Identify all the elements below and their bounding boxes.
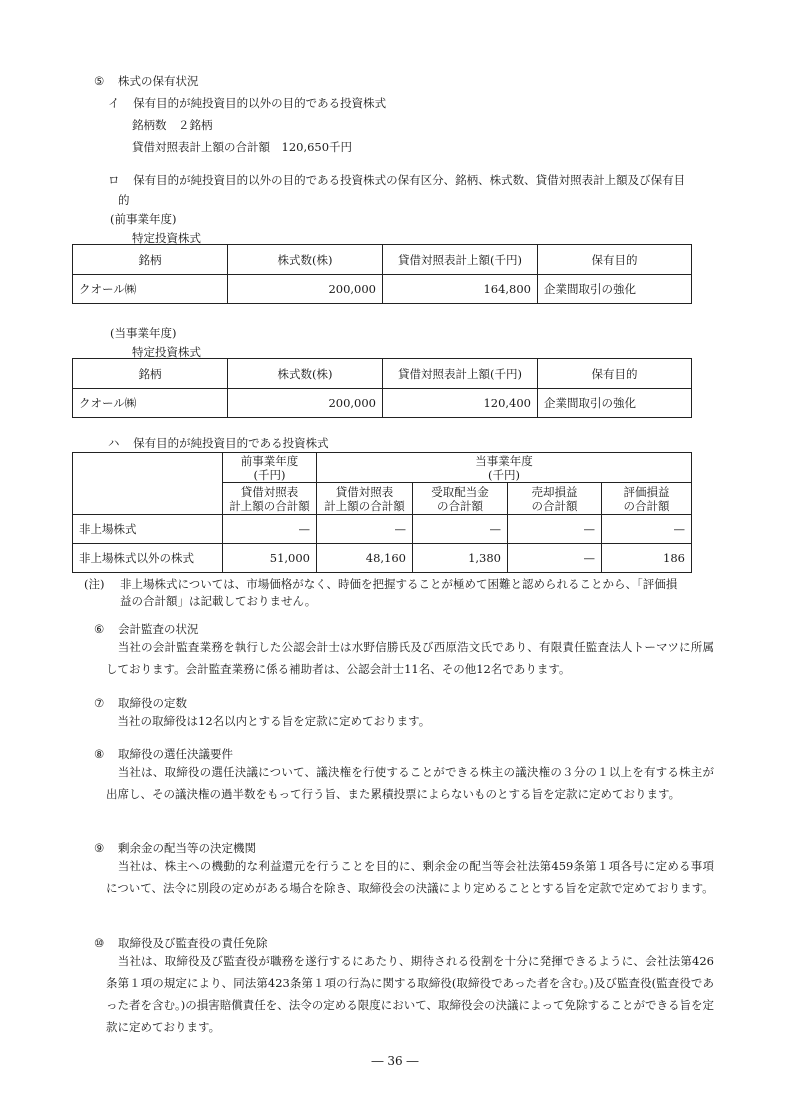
header-line: 受取配当金 bbox=[419, 485, 501, 499]
section-marker: ⑧ bbox=[94, 747, 104, 761]
prev-specified-holdings-table: 銘柄 株式数(株) 貸借対照表計上額(千円) 保有目的 クオール㈱ 200,00… bbox=[72, 244, 692, 304]
subsection-ro-heading: ロ 保有目的が純投資目的以外の目的である投資株式の保有区分、銘柄、株式数、貸借対… bbox=[108, 173, 685, 187]
row-label: 非上場株式 bbox=[73, 515, 223, 544]
holdings-count: 銘柄数 ２銘柄 bbox=[132, 118, 213, 132]
group-header-curr: 当事業年度 (千円) bbox=[317, 453, 692, 483]
header-line: 貸借対照表 bbox=[229, 485, 310, 499]
header-line: の合計額 bbox=[419, 499, 501, 513]
subheader: 貸借対照表計上額の合計額 bbox=[317, 483, 413, 515]
col-header: 貸借対照表計上額(千円) bbox=[383, 359, 538, 389]
section6-body: 当社の会計監査業務を執行した公認会計士は水野信勝氏及び西原浩文氏であり、有限責任… bbox=[106, 636, 714, 680]
section-title: 取締役の選任決議要件 bbox=[118, 747, 233, 761]
table-row: 非上場株式以外の株式 51,000 48,160 1,380 — 186 bbox=[73, 544, 692, 573]
subsection-title-cont: 的 bbox=[118, 193, 130, 207]
section9-body: 当社は、株主への機動的な利益還元を行うことを目的に、剰余金の配当等会社法第459… bbox=[106, 855, 714, 899]
subsection-title: 保有目的が純投資目的以外の目的である投資株式 bbox=[133, 96, 386, 110]
group-header-prev: 前事業年度 (千円) bbox=[223, 453, 317, 483]
subheader: 貸借対照表計上額の合計額 bbox=[223, 483, 317, 515]
curr-period-label: (当事業年度) bbox=[110, 326, 176, 340]
cell-shares: 200,000 bbox=[228, 275, 383, 304]
page-number: ― 36 ― bbox=[0, 1054, 790, 1068]
subsection-ha-heading: ハ 保有目的が純投資目的である投資株式 bbox=[108, 436, 329, 450]
col-header: 銘柄 bbox=[73, 359, 228, 389]
section-marker: ⑨ bbox=[94, 841, 104, 855]
subheader: 評価損益の合計額 bbox=[602, 483, 692, 515]
subheader: 受取配当金の合計額 bbox=[413, 483, 508, 515]
header-line: 評価損益 bbox=[608, 485, 685, 499]
header-line: 貸借対照表 bbox=[323, 485, 406, 499]
subsection-title: 保有目的が純投資目的以外の目的である投資株式の保有区分、銘柄、株式数、貸借対照表… bbox=[133, 173, 685, 187]
header-line: の合計額 bbox=[608, 499, 685, 513]
blank-corner-cell bbox=[73, 453, 223, 515]
section-title: 株式の保有状況 bbox=[118, 74, 199, 88]
cell-value: 51,000 bbox=[223, 544, 317, 573]
subsection-title: 保有目的が純投資目的である投資株式 bbox=[133, 436, 329, 450]
cell-amount: 164,800 bbox=[383, 275, 538, 304]
cell-value: 48,160 bbox=[317, 544, 413, 573]
cell-value: — bbox=[508, 515, 602, 544]
section-title: 剰余金の配当等の決定機関 bbox=[118, 841, 256, 855]
section7-body: 当社の取締役は12名以内とする旨を定款に定めております。 bbox=[106, 710, 714, 732]
header-line: の合計額 bbox=[514, 499, 595, 513]
curr-specified-holdings-table: 銘柄 株式数(株) 貸借対照表計上額(千円) 保有目的 クオール㈱ 200,00… bbox=[72, 358, 692, 418]
section5-heading: ⑤ 株式の保有状況 bbox=[94, 74, 198, 88]
cell-value: — bbox=[602, 515, 692, 544]
section-title: 取締役及び監査役の責任免除 bbox=[118, 936, 268, 950]
cell-name: クオール㈱ bbox=[73, 389, 228, 418]
cell-shares: 200,000 bbox=[228, 389, 383, 418]
section8-heading: ⑧ 取締役の選任決議要件 bbox=[94, 747, 233, 761]
cell-value: 1,380 bbox=[413, 544, 508, 573]
header-line: 計上額の合計額 bbox=[323, 499, 406, 513]
curr-category-label: 特定投資株式 bbox=[132, 345, 201, 359]
section6-heading: ⑥ 会計監査の状況 bbox=[94, 622, 198, 636]
col-header: 銘柄 bbox=[73, 245, 228, 275]
cell-amount: 120,400 bbox=[383, 389, 538, 418]
section-marker: ⑦ bbox=[94, 696, 104, 710]
col-header: 貸借対照表計上額(千円) bbox=[383, 245, 538, 275]
header-line: 計上額の合計額 bbox=[229, 499, 310, 513]
col-header: 保有目的 bbox=[538, 245, 692, 275]
cell-value: — bbox=[223, 515, 317, 544]
cell-value: — bbox=[508, 544, 602, 573]
section8-body: 当社は、取締役の選任決議について、議決権を行使することができる株主の議決権の３分… bbox=[106, 761, 714, 805]
col-header: 株式数(株) bbox=[228, 359, 383, 389]
cell-purpose: 企業間取引の強化 bbox=[538, 389, 692, 418]
note-text-line2: 益の合計額」は記載しておりません。 bbox=[120, 594, 316, 608]
header-line: 前事業年度 bbox=[229, 454, 310, 468]
table-row: クオール㈱ 200,000 120,400 企業間取引の強化 bbox=[73, 389, 692, 418]
section-title: 会計監査の状況 bbox=[118, 622, 199, 636]
row-label: 非上場株式以外の株式 bbox=[73, 544, 223, 573]
pure-investment-holdings-table: 前事業年度 (千円) 当事業年度 (千円) 貸借対照表計上額の合計額 貸借対照表… bbox=[72, 452, 692, 573]
cell-name: クオール㈱ bbox=[73, 275, 228, 304]
cell-value: — bbox=[317, 515, 413, 544]
subsection-i-heading: イ 保有目的が純投資目的以外の目的である投資株式 bbox=[108, 96, 386, 110]
header-line: (千円) bbox=[229, 468, 310, 482]
col-header: 株式数(株) bbox=[228, 245, 383, 275]
table-row: クオール㈱ 200,000 164,800 企業間取引の強化 bbox=[73, 275, 692, 304]
cell-value: — bbox=[413, 515, 508, 544]
section9-heading: ⑨ 剰余金の配当等の決定機関 bbox=[94, 841, 256, 855]
header-line: 売却損益 bbox=[514, 485, 595, 499]
section10-body: 当社は、取締役及び監査役が職務を遂行するにあたり、期待される役割を十分に発揮でき… bbox=[106, 950, 714, 1038]
subheader: 売却損益の合計額 bbox=[508, 483, 602, 515]
section-title: 取締役の定数 bbox=[118, 696, 187, 710]
section10-heading: ⑩ 取締役及び監査役の責任免除 bbox=[94, 936, 267, 950]
cell-value: 186 bbox=[602, 544, 692, 573]
note-marker: (注) bbox=[84, 577, 104, 591]
section-marker: ⑥ bbox=[94, 622, 104, 636]
col-header: 保有目的 bbox=[538, 359, 692, 389]
prev-category-label: 特定投資株式 bbox=[132, 231, 201, 245]
subsection-marker: イ bbox=[108, 96, 120, 110]
table-row: 非上場株式 — — — — — bbox=[73, 515, 692, 544]
header-line: 当事業年度 bbox=[323, 454, 685, 468]
section7-heading: ⑦ 取締役の定数 bbox=[94, 696, 187, 710]
cell-purpose: 企業間取引の強化 bbox=[538, 275, 692, 304]
subsection-marker: ロ bbox=[108, 173, 120, 187]
note-text-line1: 非上場株式については、市場価格がなく、時価を把握することが極めて困難と認められる… bbox=[120, 577, 677, 591]
section-marker: ⑩ bbox=[94, 936, 104, 950]
subsection-marker: ハ bbox=[108, 436, 120, 450]
section-marker: ⑤ bbox=[94, 74, 104, 88]
holdings-total: 貸借対照表計上額の合計額 120,650千円 bbox=[132, 140, 352, 154]
header-line: (千円) bbox=[323, 468, 685, 482]
prev-period-label: (前事業年度) bbox=[110, 212, 176, 226]
